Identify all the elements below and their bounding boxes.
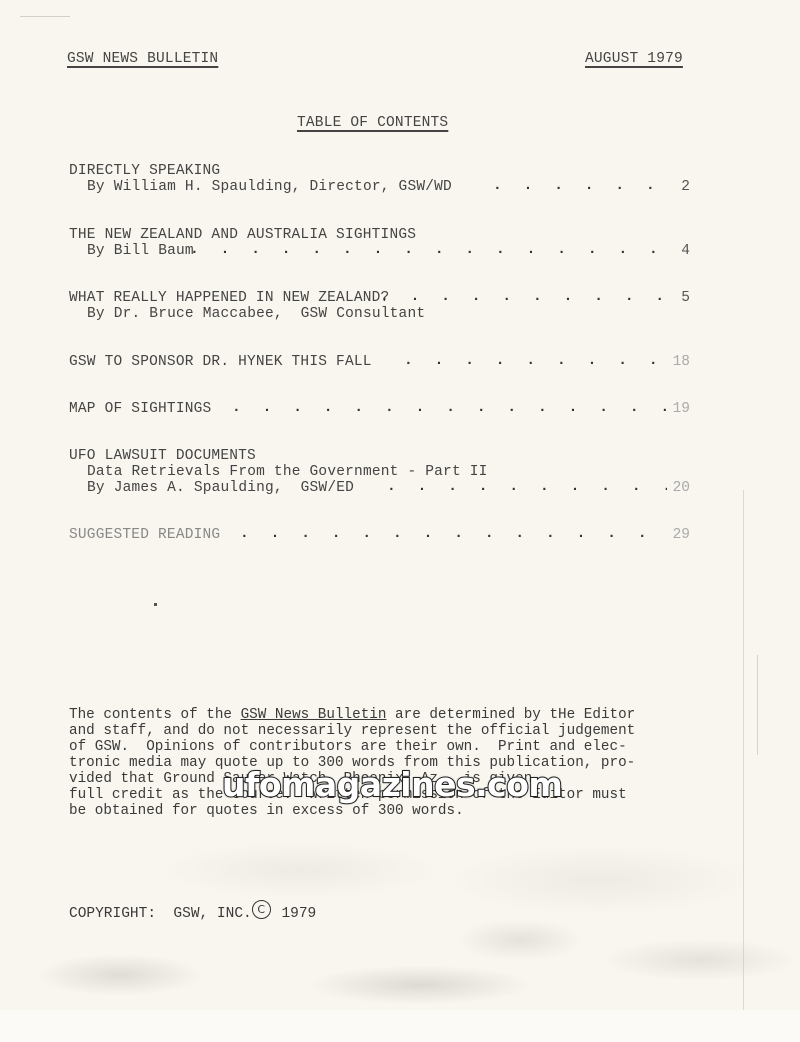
toc-heading: TABLE OF CONTENTS bbox=[297, 115, 448, 131]
toc-entry-title: GSW TO SPONSOR DR. HYNEK THIS FALL bbox=[69, 354, 372, 370]
toc-leader-dots: . . . . . . . . . . . . . . . . . . . . … bbox=[232, 400, 667, 418]
scan-artifact-line bbox=[757, 655, 758, 755]
copyright-year: 1979 bbox=[281, 906, 316, 922]
scan-speck bbox=[154, 603, 157, 606]
toc-leader-dots: . . . . . . . . . . . . . . . . . . . bbox=[493, 178, 665, 196]
copyright-line: COPYRIGHT: GSW, INC.C 1979 bbox=[69, 900, 316, 922]
toc-leader-dots: . . . . . . . . . . . . . . . . . . . . … bbox=[240, 526, 670, 544]
watermark: ufomagazines.com bbox=[222, 768, 562, 801]
toc-entry-page: 20 bbox=[660, 480, 690, 496]
toc-entry-byline: By William H. Spaulding, Director, GSW/W… bbox=[87, 179, 452, 195]
disclaimer-text: are determined by tHe Editor bbox=[386, 707, 635, 723]
copyright-icon: C bbox=[252, 900, 271, 919]
issue-date: AUGUST 1979 bbox=[585, 51, 683, 67]
toc-entry-page: 29 bbox=[660, 527, 690, 543]
toc-entry-page: 19 bbox=[660, 401, 690, 417]
toc-entry-byline: By James A. Spaulding, GSW/ED bbox=[87, 480, 354, 496]
copyright-label: COPYRIGHT: GSW, INC. bbox=[69, 906, 252, 922]
toc-entry-page: 4 bbox=[660, 243, 690, 259]
toc-entry-subtitle: Data Retrievals From the Government - Pa… bbox=[87, 464, 488, 480]
toc-leader-dots: . . . . . . . . . . . . . . . . . . . . … bbox=[190, 242, 665, 260]
toc-entry-page: 5 bbox=[660, 290, 690, 306]
toc-entry-byline: By Dr. Bruce Maccabee, GSW Consultant bbox=[87, 306, 425, 322]
toc-entry-page: 2 bbox=[660, 179, 690, 195]
toc-entry-title: UFO LAWSUIT DOCUMENTS bbox=[69, 448, 256, 464]
disclaimer-text: The contents of the bbox=[69, 707, 241, 723]
disclaimer-text: and staff, and do not necessarily repres… bbox=[69, 723, 635, 739]
toc-leader-dots: . . . . . . . . . . . . . . . . . . . . … bbox=[404, 353, 667, 371]
toc-entry-title: SUGGESTED READING bbox=[69, 527, 220, 543]
corner-scan-mark bbox=[20, 6, 70, 17]
toc-entry-page: 18 bbox=[660, 354, 690, 370]
disclaimer-text: be obtained for quotes in excess of 300 … bbox=[69, 803, 464, 819]
document-page bbox=[0, 0, 800, 1042]
toc-entry-title: DIRECTLY SPEAKING bbox=[69, 163, 220, 179]
publication-title: GSW NEWS BULLETIN bbox=[67, 51, 218, 67]
toc-entry-byline: By Bill Baum bbox=[87, 243, 194, 259]
toc-entry-title: MAP OF SIGHTINGS bbox=[69, 401, 211, 417]
toc-entry-title: THE NEW ZEALAND AND AUSTRALIA SIGHTINGS bbox=[69, 227, 416, 243]
toc-entry-title: WHAT REALLY HAPPENED IN NEW ZEALAND? bbox=[69, 290, 389, 306]
disclaimer-text: of GSW. Opinions of contributors are the… bbox=[69, 739, 627, 755]
page-bottom-margin bbox=[0, 1010, 800, 1042]
bulletin-name: GSW News Bulletin bbox=[241, 707, 387, 723]
toc-leader-dots: . . . . . . . . . . . . . . . . . . . . … bbox=[387, 479, 667, 497]
scan-artifact-line bbox=[743, 490, 744, 1010]
toc-leader-dots: . . . . . . . . . . . . . . . . . . . . … bbox=[380, 289, 665, 307]
